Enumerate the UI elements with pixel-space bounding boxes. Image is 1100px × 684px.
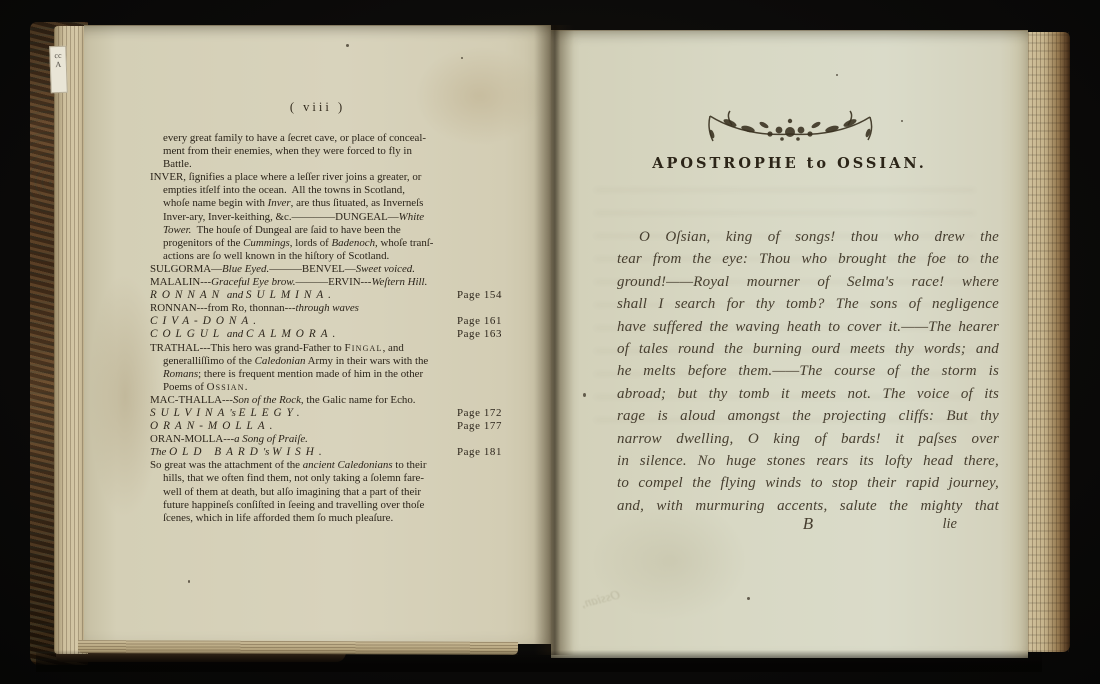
- text-line: RONNAN---from Ro, thonnan---through wave…: [150, 302, 502, 315]
- script-line: abroad; but thy tomb it meets not. The v…: [617, 383, 999, 405]
- right-page: APOSTROPHE to OSSIAN. O Oſsian, king of …: [551, 30, 1028, 658]
- index-lines: every great family to have a ſecret cave…: [150, 132, 502, 525]
- catchword: lie: [943, 516, 958, 533]
- script-line: narrow dwelling, O king of bards! it paſ…: [617, 428, 999, 450]
- page-reference-number: Page 172: [457, 407, 502, 420]
- text-line: SULVINA's ELEGY.Page 172: [150, 407, 502, 420]
- signature-row: B lie: [617, 514, 999, 538]
- script-line: ground!——Royal mourner of Selma's race! …: [617, 271, 999, 293]
- script-line: rage is aloud amongst the projecting cli…: [617, 405, 999, 427]
- page-reference-number: Page 177: [457, 420, 502, 433]
- text-line: INVER, ſignifies a place where a leſſer …: [150, 171, 502, 184]
- page-reference-number: Page 161: [457, 315, 502, 328]
- foxing-speck: [583, 393, 586, 397]
- left-page: ( viii ) every great family to have a ſe…: [84, 25, 551, 644]
- script-line: in silence. No huge stones rears its lof…: [617, 450, 999, 472]
- show-through-text: Ossian,: [580, 586, 622, 611]
- paper-stain: [414, 46, 544, 146]
- page-reference-number: Page 154: [457, 289, 502, 302]
- spine-label: cc A: [49, 46, 68, 94]
- text-line: ORAN-MOLLA.Page 177: [150, 420, 502, 433]
- foxing-speck: [747, 597, 750, 600]
- foxing-speck: [346, 44, 349, 47]
- text-line: Inver-ary, Inver-keithing, &c.————DUNGEA…: [150, 211, 502, 224]
- script-line: O Oſsian, king of songs! thou who drew t…: [617, 226, 999, 248]
- text-line: COLGUL and CALMORA.Page 163: [150, 328, 502, 341]
- text-line: Romans; there is frequent mention made o…: [150, 368, 502, 381]
- foxing-speck: [836, 74, 838, 76]
- script-lines: O Oſsian, king of songs! thou who drew t…: [617, 226, 999, 517]
- foxing-speck: [461, 57, 463, 59]
- text-line: RONNAN and SULMINA.Page 154: [150, 289, 502, 302]
- text-line: hills, that we often find them, not only…: [150, 472, 502, 485]
- text-line: Tower. The houſe of Dungeal are ſaid to …: [150, 224, 502, 237]
- script-line: he melts before them.——The course of the…: [617, 360, 999, 382]
- script-line: to compel the flying winds to stop their…: [617, 472, 999, 494]
- foxing-speck: [901, 120, 903, 122]
- text-line: CIVA-DONA.Page 161: [150, 315, 502, 328]
- text-line: TRATHAL---This hero was grand-Father to …: [150, 342, 502, 355]
- text-line: Poems of Ossian.: [150, 381, 502, 394]
- photo-of-open-book: ( viii ) every great family to have a ſe…: [0, 0, 1100, 684]
- text-line: ſcenes, which in life afforded them ſo m…: [150, 512, 502, 525]
- page-number-header: ( viii ): [84, 100, 551, 115]
- chapter-title: APOSTROPHE to OSSIAN.: [551, 155, 1028, 172]
- floral-headpiece-ornament-icon: [551, 107, 1028, 154]
- text-line: ment from their enemies, when they were …: [150, 145, 502, 158]
- text-line: MAC-THALLA---Son of the Rock, the Galic …: [150, 394, 502, 407]
- text-line: generalliſſimo of the Caledonian Army in…: [150, 355, 502, 368]
- text-line: ORAN-MOLLA---a Song of Praiſe.: [150, 433, 502, 446]
- foxing-speck: [188, 580, 190, 583]
- text-line: well of them at death, but alſo imaginin…: [150, 486, 502, 499]
- page-reference-number: Page 181: [457, 446, 502, 459]
- text-line: future happineſs conſiſted in ſeeing and…: [150, 499, 502, 512]
- page-edge-stack-right: [1028, 32, 1070, 652]
- text-line: The OLD BARD's WISH.Page 181: [150, 446, 502, 459]
- text-line: every great family to have a ſecret cave…: [150, 132, 502, 145]
- text-line: progenitors of the Cummings, lords of Ba…: [150, 237, 502, 250]
- text-line: actions are ſo well known in the hiſtory…: [150, 250, 502, 263]
- script-line: of tales round the burning ourd meets th…: [617, 338, 999, 360]
- page-reference-number: Page 163: [457, 328, 502, 341]
- page-edge-stack-left: [54, 26, 88, 654]
- text-line: MALALIN---Graceful Eye brow.———ERVIN---W…: [150, 276, 502, 289]
- script-line: shall I search for thy tomb? The sons of…: [617, 293, 999, 315]
- book-bottom-shadow: [36, 650, 1042, 672]
- text-line: whoſe name begin with Inver, are thus ſi…: [150, 197, 502, 210]
- script-line: tear from the eye: Thou who brought the …: [617, 248, 999, 270]
- text-line: Battle.: [150, 158, 502, 171]
- text-line: empties itſelf into the ocean. All the t…: [150, 184, 502, 197]
- text-line: So great was the attachment of the ancie…: [150, 459, 502, 472]
- text-line: SULGORMA—Blue Eyed.———BENVEL—Sweet voice…: [150, 263, 502, 276]
- script-line: have suffered the waving heath to cover …: [617, 316, 999, 338]
- spine-label-line2: A: [51, 60, 66, 70]
